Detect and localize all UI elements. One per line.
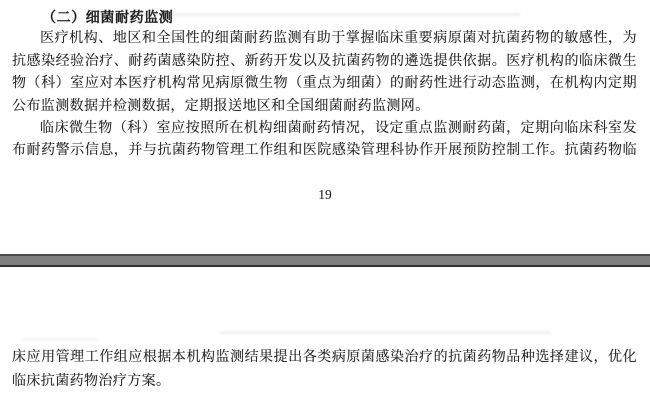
scan-artifact: [220, 331, 550, 334]
document-text-line: 医疗机构、地区和全国性的细菌耐药监测有助于掌握临床重要病原菌对抗菌药物的敏感性，…: [12, 28, 637, 50]
document-text-line: 床应用管理工作组应根据本机构监测结果提出各类病原菌感染治疗的抗菌药物品种选择建议…: [12, 346, 637, 370]
document-text-line: 抗感染经验治疗、耐药菌感染防控、新药开发以及抗菌药物的遴选提供依据。医疗机构的临…: [12, 51, 637, 73]
document-view: （二）细菌耐药监测 医疗机构、地区和全国性的细菌耐药监测有助于掌握临床重要病原菌…: [0, 0, 650, 394]
page-number: 19: [0, 186, 650, 204]
document-text-line: 物（科）室应对本医疗机构常见病原微生物（重点为细菌）的耐药性进行动态监测，在机构…: [12, 73, 637, 95]
page-20-content: 床应用管理工作组应根据本机构监测结果提出各类病原菌感染治疗的抗菌药物品种选择建议…: [12, 346, 637, 393]
document-text-line: 布耐药警示信息，并与抗菌药物管理工作组和医院感染管理科协作开展预防控制工作。抗菌…: [12, 140, 637, 162]
document-text-line: 临床微生物（科）室应按照所在机构细菌耐药情况，设定重点监测耐药菌，定期向临床科室…: [12, 118, 637, 140]
page-separator-band: [0, 254, 650, 267]
document-text-line: 临床抗菌药物治疗方案。: [12, 370, 637, 394]
section-heading: （二）细菌耐药监测: [12, 6, 637, 28]
scan-artifact: [22, 338, 97, 341]
page-19-content: （二）细菌耐药监测 医疗机构、地区和全国性的细菌耐药监测有助于掌握临床重要病原菌…: [12, 6, 637, 163]
document-text-line: 公布监测数据并检测数据，定期报送地区和全国细菌耐药监测网。: [12, 96, 637, 118]
